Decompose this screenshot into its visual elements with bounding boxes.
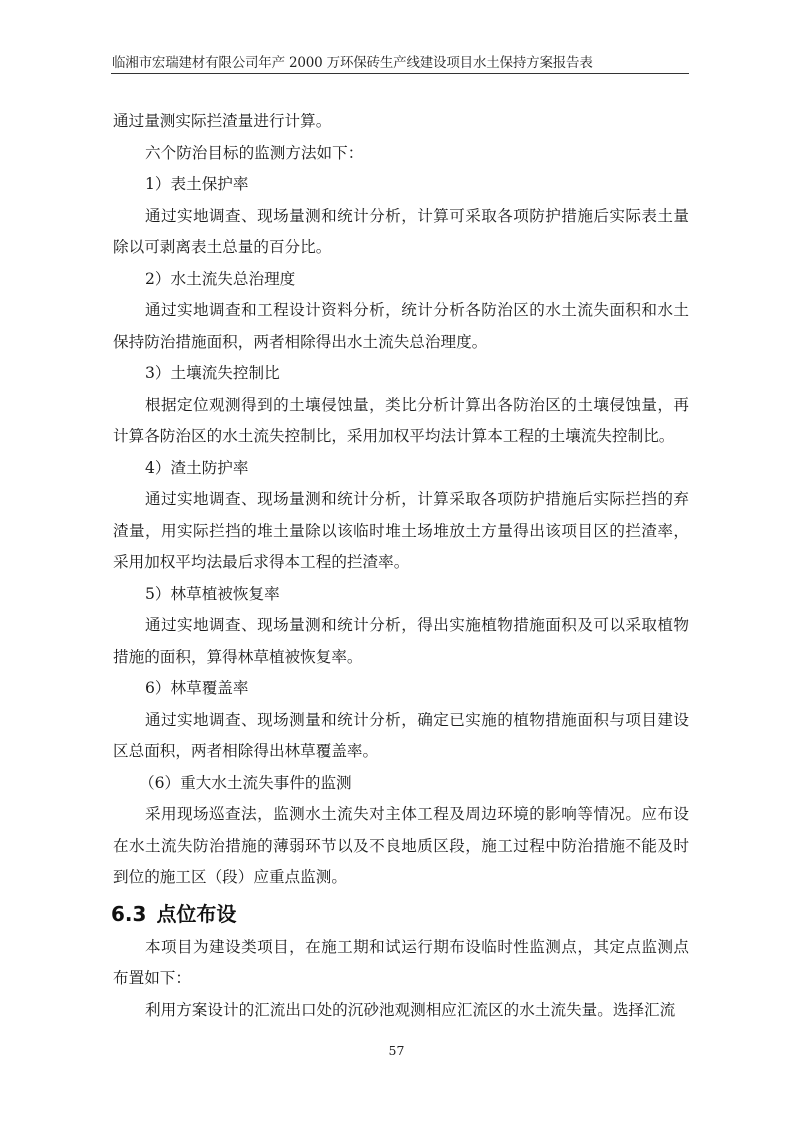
list-item-heading: 3）土壤流失控制比	[113, 358, 689, 390]
list-item-heading: 2）水土流失总治理度	[113, 264, 689, 296]
paragraph: 本项目为建设类项目，在施工期和试运行期布设临时性监测点，其定点监测点布置如下：	[113, 932, 689, 995]
list-item-heading: 5）林草植被恢复率	[113, 579, 689, 611]
paragraph: 根据定位观测得到的土壤侵蚀量，类比分析计算出各防治区的土壤侵蚀量，再计算各防治区…	[113, 390, 689, 453]
section-number: 6.3	[111, 902, 146, 926]
document-body: 通过量测实际拦渣量进行计算。 六个防治目标的监测方法如下： 1）表土保护率 通过…	[113, 106, 689, 1026]
list-item-heading: 1）表土保护率	[113, 169, 689, 201]
subsection-heading: （6）重大水土流失事件的监测	[113, 768, 689, 800]
list-item-heading: 4）渣土防护率	[113, 453, 689, 485]
header-rule	[111, 73, 689, 74]
paragraph: 利用方案设计的汇流出口处的沉砂池观测相应汇流区的水土流失量。选择汇流	[113, 995, 689, 1027]
paragraph: 通过实地调查、现场量测和统计分析，计算可采取各项防护措施后实际表土量除以可剥离表…	[113, 201, 689, 264]
paragraph: 通过实地调查、现场量测和统计分析，得出实施植物措施面积及可以采取植物措施的面积，…	[113, 610, 689, 673]
paragraph: 通过实地调查、现场量测和统计分析，计算采取各项防护措施后实际拦挡的弃渣量，用实际…	[113, 484, 689, 579]
paragraph: 六个防治目标的监测方法如下：	[113, 138, 689, 170]
section-title: 点位布设	[156, 902, 236, 926]
page-number: 57	[0, 1043, 793, 1058]
paragraph: 通过量测实际拦渣量进行计算。	[113, 106, 689, 138]
paragraph: 通过实地调查和工程设计资料分析，统计分析各防治区的水土流失面积和水土保持防治措施…	[113, 295, 689, 358]
section-heading: 6.3点位布设	[111, 896, 689, 932]
paragraph: 采用现场巡查法，监测水土流失对主体工程及周边环境的影响等情况。应布设在水土流失防…	[113, 799, 689, 894]
running-header: 临湘市宏瑞建材有限公司年产 2000 万环保砖生产线建设项目水土保持方案报告表	[112, 54, 689, 72]
list-item-heading: 6）林草覆盖率	[113, 673, 689, 705]
paragraph: 通过实地调查、现场测量和统计分析，确定已实施的植物措施面积与项目建设区总面积，两…	[113, 705, 689, 768]
